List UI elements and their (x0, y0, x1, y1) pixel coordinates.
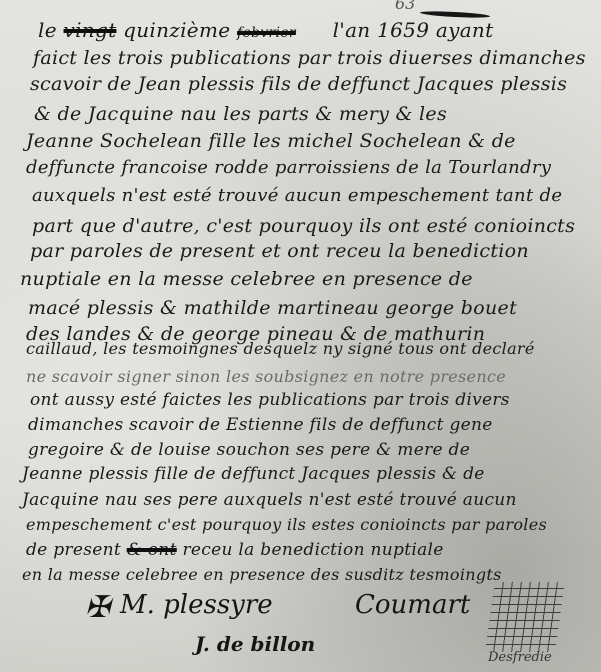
struck-word: vingt (64, 18, 117, 42)
line-1: le vingt quinzième febvrier l'an 1659 ay… (38, 18, 493, 42)
line-3: scavoir de Jean plessis fils de deffunct… (30, 73, 567, 95)
line-5: Jeanne Sochelean fille les michel Sochel… (26, 130, 516, 152)
struck-month: febvrier (237, 25, 296, 41)
line-4: & de Jacquine nau les parts & mery & les (34, 103, 447, 125)
notarial-mark (485, 582, 565, 652)
line-6: deffuncte francoise rodde parroissiens d… (26, 157, 551, 178)
line-21: de present & ont receu la benediction nu… (26, 540, 444, 560)
line-suffix: l'an 1659 ayant (333, 18, 494, 42)
struck-word: & ont (127, 540, 177, 560)
line-22: en la messe celebree en presence des sus… (22, 565, 502, 584)
line-19: Jacquine nau ses pere auxquels n'est est… (22, 490, 517, 510)
line-prefix: le (38, 18, 57, 42)
signature-desfredie: Desfredie (488, 650, 552, 665)
line-15: ont aussy esté faictes les publications … (30, 390, 510, 410)
line-18: Jeanne plessis fille de deffunct Jacques… (22, 464, 485, 484)
signature-debillon: J. de billon (195, 632, 315, 656)
line-2: faict les trois publications par trois d… (33, 47, 586, 69)
line-7: auxquels n'est esté trouvé aucun empesch… (32, 185, 562, 206)
line-13: caillaud, les tesmoingnes desquelz ny si… (26, 339, 535, 358)
line-14: ne scavoir signer sinon les soubsignez e… (26, 367, 506, 386)
cross-mark-signature: ✠ (85, 590, 110, 625)
line-text: de present (26, 540, 121, 560)
folio-number: 63 (395, 0, 415, 13)
signature-plessyre: M. plessyre (120, 590, 273, 620)
line-10: nuptiale en la messe celebree en presenc… (20, 268, 473, 290)
line-8: part que d'autre, c'est pourquoy ils ont… (32, 215, 575, 237)
signature-coumart: Coumart (355, 590, 470, 620)
manuscript-page: 63 le vingt quinzième febvrier l'an 1659… (0, 0, 601, 672)
line-suffix: receu la benediction nuptiale (182, 540, 443, 560)
line-20: empeschement c'est pourquoy ils estes co… (26, 515, 547, 534)
line-9: par paroles de present et ont receu la b… (30, 240, 529, 262)
line-text: quinzième (123, 18, 230, 42)
line-17: gregoire & de louise souchon ses pere & … (28, 440, 470, 460)
line-16: dimanches scavoir de Estienne fils de de… (28, 415, 493, 435)
line-11: macé plessis & mathilde martineau george… (28, 297, 517, 319)
